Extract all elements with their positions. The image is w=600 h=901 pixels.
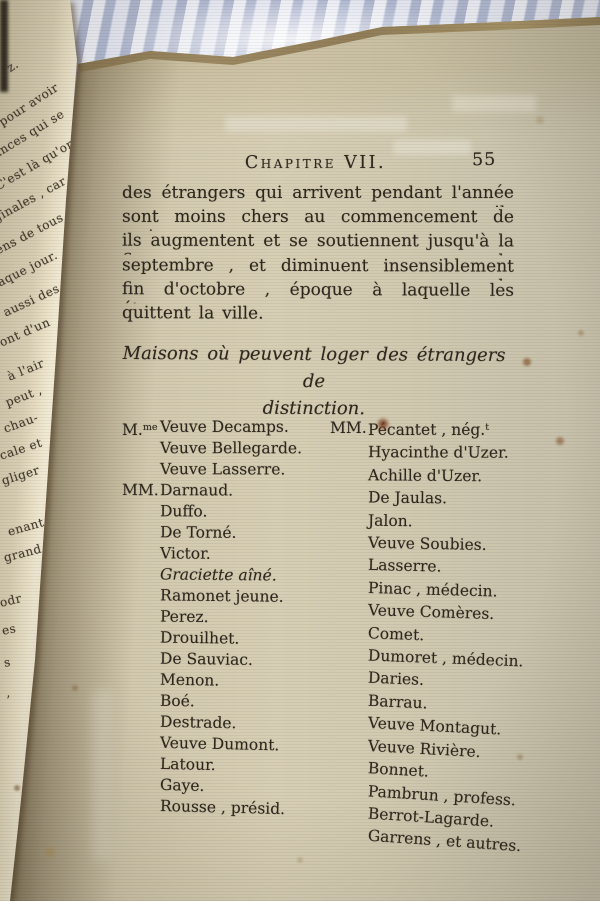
entry-name: De Jaulas. (368, 489, 447, 508)
book-page-photo: z.pour avoirances qui seC'est là qu'ongi… (0, 0, 600, 901)
entry-name: Daries. (368, 669, 425, 689)
list-entry: Victor. (122, 543, 337, 566)
entry-name: Jalon. (368, 511, 413, 530)
entry-name: Veuve Comères. (368, 601, 495, 623)
entry-name: De Sauviac. (160, 650, 253, 669)
page-number: 55 (472, 150, 497, 170)
list-entry: Veuve Bellegarde. (122, 438, 337, 459)
list-entry: Duffo. (122, 501, 337, 523)
paragraph-line: septembre , et diminuent insensiblement … (122, 255, 514, 280)
entry-name: Barrau. (368, 692, 428, 713)
entry-name: Veuve Soubies. (368, 534, 487, 554)
list-entry: Drouilhet. (122, 627, 337, 651)
entry-name: Drouilhet. (160, 629, 240, 648)
running-head: Chapitre VII. (123, 153, 508, 173)
paragraph-line: quittent la ville. (122, 303, 514, 329)
fox-spot (578, 330, 584, 336)
entry-name: Darnaud. (160, 481, 233, 499)
fox-spot (45, 847, 55, 857)
chapter-heading: Chapitre VII. (245, 153, 386, 173)
entry-name: Victor. (160, 544, 211, 562)
entry-name: Bonnet. (367, 759, 429, 780)
list-entry: De Torné. (122, 522, 337, 545)
fox-spot (517, 754, 523, 760)
paragraph-line: des étrangers qui arrivent pendant l'ann… (122, 183, 514, 207)
entry-name: Latour. (160, 755, 216, 774)
fox-spot (523, 358, 531, 366)
list-entry: De Jaulas. (330, 486, 575, 511)
entry-name: Comet. (368, 624, 425, 644)
name-list-right-column: MM.Pécantet , nég.tHyacinthe d'Uzer.Achi… (330, 417, 575, 845)
entry-name: Veuve Dumont. (160, 734, 280, 754)
entry-lead: MM. (122, 480, 159, 501)
entry-name: Destrade. (160, 713, 237, 732)
list-entry: Rousse , présid. (122, 795, 337, 821)
entry-name: Veuve Decamps. (160, 418, 289, 436)
entry-name: Menon. (160, 671, 220, 690)
entry-name: De Torné. (160, 523, 237, 542)
fox-spot (378, 419, 388, 429)
paragraph-line: sont moins chers au commencement de mai … (122, 207, 514, 232)
section-heading-line: Maisons où peuvent loger des étrangers d… (110, 340, 518, 396)
list-entry: Hyacinthe d'Uzer. (330, 441, 575, 464)
entry-name: Duffo. (160, 502, 208, 520)
entry-lead: MM. (330, 417, 367, 439)
fox-spot (14, 785, 20, 791)
list-entry: Graciette aîné. (122, 564, 337, 587)
entry-name: Ramonet jeune. (160, 586, 284, 605)
fox-spot (297, 857, 303, 863)
entry-name: Perez. (160, 607, 209, 626)
list-entry: Veuve Lasserre. (122, 459, 337, 481)
list-entry: MM.Darnaud. (122, 480, 337, 502)
printed-content: Chapitre VII. 55 des étrangers qui arriv… (0, 0, 600, 901)
paragraph-line: fin d'octobre , époque à laquelle les ét… (122, 279, 514, 305)
entry-name: Rousse , présid. (160, 797, 286, 818)
entry-name: Veuve Bellegarde. (160, 439, 302, 457)
list-entry: Ramonet jeune. (122, 585, 337, 608)
name-list-left-column: M.meVeuve Decamps.Veuve Bellegarde.Veuve… (122, 417, 337, 816)
entry-name: Boé. (160, 692, 195, 711)
entry-name: Graciette aîné. (160, 565, 277, 584)
paragraph-line: ils augmentent et se soutiennent jusqu'à… (122, 231, 514, 256)
list-entry: Perez. (122, 606, 337, 630)
fox-spot (72, 685, 78, 691)
fox-spot (536, 116, 544, 124)
entry-name: Veuve Lasserre. (160, 460, 285, 478)
entry-name: Hyacinthe d'Uzer. (368, 444, 509, 463)
list-entry: MM.Pécantet , nég.t (330, 417, 575, 441)
entry-name: Gaye. (160, 776, 205, 795)
entry-name: Pinac , médecin. (368, 579, 498, 600)
entry-name: Lasserre. (368, 556, 442, 576)
list-entry: M.meVeuve Decamps. (122, 417, 337, 438)
entry-name: Achille d'Uzer. (368, 466, 482, 485)
list-entry: Achille d'Uzer. (330, 464, 575, 488)
body-paragraph: des étrangers qui arrivent pendant l'ann… (122, 183, 514, 328)
section-heading: Maisons où peuvent loger des étrangers d… (110, 340, 518, 423)
fox-spot (556, 437, 564, 445)
